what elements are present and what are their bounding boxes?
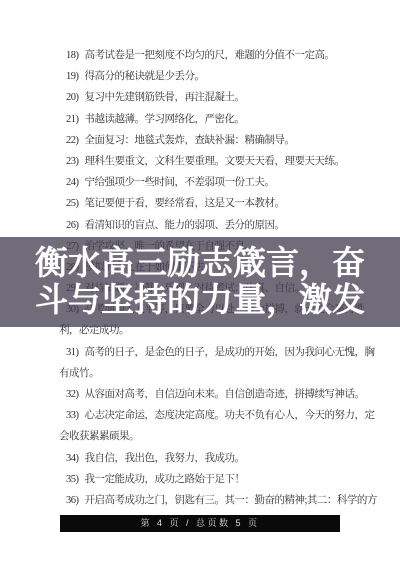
item-text: 从容面对高考，自信迈向未来。自信创造奇迹，拼搏续写神话。 <box>85 389 365 400</box>
item-number: 22) <box>66 135 79 146</box>
item-text: 有成竹。 <box>59 368 99 379</box>
item-number: 23) <box>66 156 79 167</box>
item-number: 31) <box>66 347 79 358</box>
item-text: 我自信，我出色，我努力，我成功。 <box>85 453 245 464</box>
item-number: 34) <box>66 453 79 464</box>
overlay-title-line1: 衡水高三励志箴言，奋 <box>0 244 400 281</box>
item-number: 18) <box>66 50 79 61</box>
item-text: 宁给强项少一些时间，不差弱项一份工夫。 <box>85 177 275 188</box>
item-text: 笔记要便于看，要经常看，这是又一本教材。 <box>85 198 285 209</box>
item-text: 看清知识的盲点、能力的弱项、丢分的原因。 <box>85 220 285 231</box>
page-indicator-text: 第 4 页 / 总页数 5 页 <box>140 518 259 528</box>
list-item: 22)全面复习：地毯式轰炸，查缺补漏：精确制导。 <box>0 130 400 151</box>
overlay-title-line2: 斗与坚持的力量，激发 <box>0 281 400 318</box>
list-item: 34)我自信，我出色，我努力，我成功。 <box>0 448 400 469</box>
list-item: 19)得高分的秘诀就是少丢分。 <box>0 66 400 87</box>
document-viewer[interactable]: 18)高考试卷是一把刻度不均匀的尺，难题的分值不一定高。 19)得高分的秘诀就是… <box>0 0 400 565</box>
list-item: 25)笔记要便于看，要经常看，这是又一本教材。 <box>0 193 400 214</box>
item-text: 心志决定命运，态度决定高度。功夫不负有心人，今天的努力，定 <box>85 410 375 421</box>
item-text: 高考试卷是一把刻度不均匀的尺，难题的分值不一定高。 <box>85 50 335 61</box>
item-text: 我一定能成功，成功之路始于足下！ <box>85 474 245 485</box>
item-number: 25) <box>66 198 79 209</box>
item-text: 开启高考成功之门，钥匙有三。其一：勤奋的精神;其二：科学的方 <box>85 495 377 506</box>
item-number: 19) <box>66 71 79 82</box>
item-number: 32) <box>66 389 79 400</box>
item-number: 26) <box>66 220 79 231</box>
list-item: 33)心志决定命运，态度决定高度。功夫不负有心人，今天的努力，定 <box>0 405 400 426</box>
list-item-continuation: 有成竹。 <box>0 363 400 384</box>
item-number: 35) <box>66 474 79 485</box>
page-indicator-bar: 第 4 页 / 总页数 5 页 <box>60 515 340 532</box>
item-text: 利，必定成功。 <box>59 325 129 336</box>
item-text: 高考的日子，是金色的日子，是成功的开始，因为我问心无愧，胸 <box>85 347 375 358</box>
list-item: 18)高考试卷是一把刻度不均匀的尺，难题的分值不一定高。 <box>0 45 400 66</box>
title-overlay-banner: 衡水高三励志箴言，奋 斗与坚持的力量，激发 <box>0 237 400 327</box>
item-number: 20) <box>66 92 79 103</box>
list-item: 21)书越读越薄。学习网络化，严密化。 <box>0 109 400 130</box>
item-number: 36) <box>66 495 79 506</box>
item-text: 书越读越薄。学习网络化，严密化。 <box>85 114 245 125</box>
list-item: 32)从容面对高考，自信迈向未来。自信创造奇迹，拼搏续写神话。 <box>0 384 400 405</box>
list-item: 35)我一定能成功，成功之路始于足下！ <box>0 469 400 490</box>
item-text: 得高分的秘诀就是少丢分。 <box>85 71 205 82</box>
list-item: 24)宁给强项少一些时间，不差弱项一份工夫。 <box>0 172 400 193</box>
item-number: 33) <box>66 410 79 421</box>
item-text: 复习中先建钢筋铁骨，再注混凝土。 <box>85 92 245 103</box>
item-number: 24) <box>66 177 79 188</box>
item-number: 21) <box>66 114 79 125</box>
item-text: 全面复习：地毯式轰炸，查缺补漏：精确制导。 <box>85 135 295 146</box>
list-item: 23)理科生要重文，文科生要重理。文要天天看，理要天天练。 <box>0 151 400 172</box>
list-item: 20)复习中先建钢筋铁骨，再注混凝土。 <box>0 87 400 108</box>
list-item: 36)开启高考成功之门，钥匙有三。其一：勤奋的精神;其二：科学的方 <box>0 490 400 511</box>
item-text: 会收获累累硕果。 <box>59 431 139 442</box>
list-item: 31)高考的日子，是金色的日子，是成功的开始，因为我问心无愧，胸 <box>0 342 400 363</box>
item-text: 理科生要重文，文科生要重理。文要天天看，理要天天练。 <box>85 156 345 167</box>
list-item-continuation: 会收获累累硕果。 <box>0 426 400 447</box>
list-item: 26)看清知识的盲点、能力的弱项、丢分的原因。 <box>0 215 400 236</box>
